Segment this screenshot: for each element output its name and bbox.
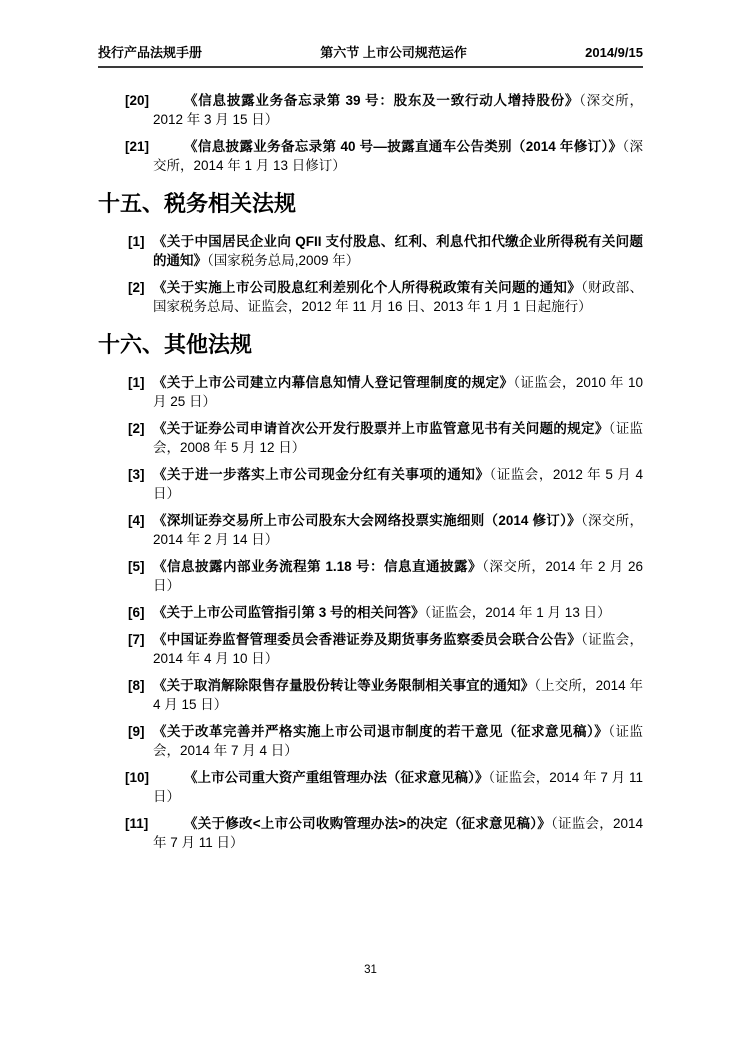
item-number: [3] [128, 465, 145, 484]
header-rule [98, 66, 643, 68]
item-text: 《信息披露业务备忘录第 39 号：股东及一致行动人增持股份》（深交所，2012 … [153, 91, 643, 129]
item-title: 《关于上市公司监管指引第 3 号的相关问答》 [153, 605, 425, 620]
item-title: 《关于实施上市公司股息红利差别化个人所得税政策有关问题的通知》 [153, 280, 581, 295]
item-title: 《深圳证券交易所上市公司股东大会网络投票实施细则（2014 修订）》 [153, 513, 581, 528]
item-number: [20] [125, 91, 149, 110]
item-number: [8] [128, 676, 145, 695]
item-title: 《关于上市公司建立内幕信息知情人登记管理制度的规定》 [153, 375, 513, 390]
list-item: [2]《关于证券公司申请首次公开发行股票并上市监管意见书有关问题的规定》（证监会… [98, 419, 643, 457]
item-source: （国家税务总局,2009 年） [207, 253, 359, 268]
item-title: 《关于取消解除限售存量股份转让等业务限制相关事宜的通知》 [153, 678, 534, 693]
list-item: [10]《上市公司重大资产重组管理办法（征求意见稿）》（证监会，2014 年 7… [98, 768, 643, 806]
item-title: 《关于修改<上市公司收购管理办法>的决定（征求意见稿）》 [184, 816, 551, 831]
item-title: 《信息披露业务备忘录第 39 号：股东及一致行动人增持股份》 [184, 93, 579, 108]
header-section-title: 第六节 上市公司规范运作 [320, 45, 467, 60]
item-number: [11] [125, 814, 148, 833]
item-text: 《关于改革完善并严格实施上市公司退市制度的若干意见（征求意见稿）》（证监会，20… [153, 722, 643, 760]
item-title: 《关于改革完善并严格实施上市公司退市制度的若干意见（征求意见稿）》 [153, 724, 608, 739]
item-text: 《关于上市公司监管指引第 3 号的相关问答》（证监会，2014 年 1 月 13… [153, 603, 643, 622]
item-source: （证监会，2014 年 1 月 13 日） [425, 605, 611, 620]
header-date: 2014/9/15 [585, 45, 643, 60]
list-item: [21]《信息披露业务备忘录第 40 号—披露直通车公告类别（2014 年修订）… [98, 137, 643, 175]
item-title: 《中国证券监督管理委员会香港证券及期货事务监察委员会联合公告》 [153, 632, 581, 647]
item-text: 《关于上市公司建立内幕信息知情人登记管理制度的规定》（证监会，2010 年 10… [153, 373, 643, 411]
page-footer: 31 [0, 963, 741, 977]
list-item: [11]《关于修改<上市公司收购管理办法>的决定（征求意见稿）》（证监会，201… [98, 814, 643, 852]
item-title: 《信息披露内部业务流程第 1.18 号：信息直通披露》 [153, 559, 482, 574]
item-title: 《关于证券公司申请首次公开发行股票并上市监管意见书有关问题的规定》 [153, 421, 609, 436]
item-text: 《信息披露业务备忘录第 40 号—披露直通车公告类别（2014 年修订）》（深交… [153, 137, 643, 175]
item-number: [7] [128, 630, 145, 649]
list-item: [7]《中国证券监督管理委员会香港证券及期货事务监察委员会联合公告》（证监会，2… [98, 630, 643, 668]
header-doc-title: 投行产品法规手册 [98, 45, 202, 60]
item-number: [5] [128, 557, 145, 576]
item-text: 《信息披露内部业务流程第 1.18 号：信息直通披露》（深交所，2014 年 2… [153, 557, 643, 595]
list-item: [8]《关于取消解除限售存量股份转让等业务限制相关事宜的通知》（上交所，2014… [98, 676, 643, 714]
item-number: [6] [128, 603, 145, 622]
page-number: 31 [364, 964, 377, 976]
item-number: [21] [125, 137, 149, 156]
section-heading: 十五、税务相关法规 [98, 192, 643, 216]
list-item: [5]《信息披露内部业务流程第 1.18 号：信息直通披露》（深交所，2014 … [98, 557, 643, 595]
item-number: [1] [128, 373, 145, 392]
list-item: [20]《信息披露业务备忘录第 39 号：股东及一致行动人增持股份》（深交所，2… [98, 91, 643, 129]
section-heading: 十六、其他法规 [98, 333, 643, 357]
item-number: [1] [128, 232, 145, 251]
page-header: 投行产品法规手册 第六节 上市公司规范运作 2014/9/15 [98, 0, 643, 60]
list-item: [1]《关于中国居民企业向 QFII 支付股息、红利、利息代扣代缴企业所得税有关… [98, 232, 643, 270]
regulation-list: [20]《信息披露业务备忘录第 39 号：股东及一致行动人增持股份》（深交所，2… [98, 91, 643, 852]
list-item: [4]《深圳证券交易所上市公司股东大会网络投票实施细则（2014 修订）》（深交… [98, 511, 643, 549]
list-item: [2]《关于实施上市公司股息红利差别化个人所得税政策有关问题的通知》（财政部、国… [98, 278, 643, 316]
item-number: [2] [128, 419, 145, 438]
list-item: [6]《关于上市公司监管指引第 3 号的相关问答》（证监会，2014 年 1 月… [98, 603, 643, 622]
page-content: 投行产品法规手册 第六节 上市公司规范运作 2014/9/15 [20]《信息披… [98, 0, 643, 852]
item-title: 《信息披露业务备忘录第 40 号—披露直通车公告类别（2014 年修订）》 [184, 139, 622, 154]
item-title: 《上市公司重大资产重组管理办法（征求意见稿）》 [184, 770, 488, 785]
document-page: 投行产品法规手册 第六节 上市公司规范运作 2014/9/15 [20]《信息披… [0, 0, 741, 1042]
list-item: [3]《关于进一步落实上市公司现金分红有关事项的通知》（证监会，2012 年 5… [98, 465, 643, 503]
item-number: [2] [128, 278, 145, 297]
item-number: [10] [125, 768, 149, 787]
item-text: 《关于修改<上市公司收购管理办法>的决定（征求意见稿）》（证监会，2014 年 … [153, 814, 643, 852]
item-text: 《关于进一步落实上市公司现金分红有关事项的通知》（证监会，2012 年 5 月 … [153, 465, 643, 503]
item-text: 《关于实施上市公司股息红利差别化个人所得税政策有关问题的通知》（财政部、国家税务… [153, 278, 643, 316]
item-number: [4] [128, 511, 145, 530]
item-text: 《中国证券监督管理委员会香港证券及期货事务监察委员会联合公告》（证监会，2014… [153, 630, 643, 668]
item-text: 《深圳证券交易所上市公司股东大会网络投票实施细则（2014 修订）》（深交所，2… [153, 511, 643, 549]
item-text: 《关于中国居民企业向 QFII 支付股息、红利、利息代扣代缴企业所得税有关问题的… [153, 232, 643, 270]
list-item: [1]《关于上市公司建立内幕信息知情人登记管理制度的规定》（证监会，2010 年… [98, 373, 643, 411]
item-text: 《上市公司重大资产重组管理办法（征求意见稿）》（证监会，2014 年 7 月 1… [153, 768, 643, 806]
item-text: 《关于取消解除限售存量股份转让等业务限制相关事宜的通知》（上交所，2014 年 … [153, 676, 643, 714]
item-text: 《关于证券公司申请首次公开发行股票并上市监管意见书有关问题的规定》（证监会，20… [153, 419, 643, 457]
list-item: [9]《关于改革完善并严格实施上市公司退市制度的若干意见（征求意见稿）》（证监会… [98, 722, 643, 760]
item-title: 《关于进一步落实上市公司现金分红有关事项的通知》 [153, 467, 489, 482]
item-number: [9] [128, 722, 145, 741]
